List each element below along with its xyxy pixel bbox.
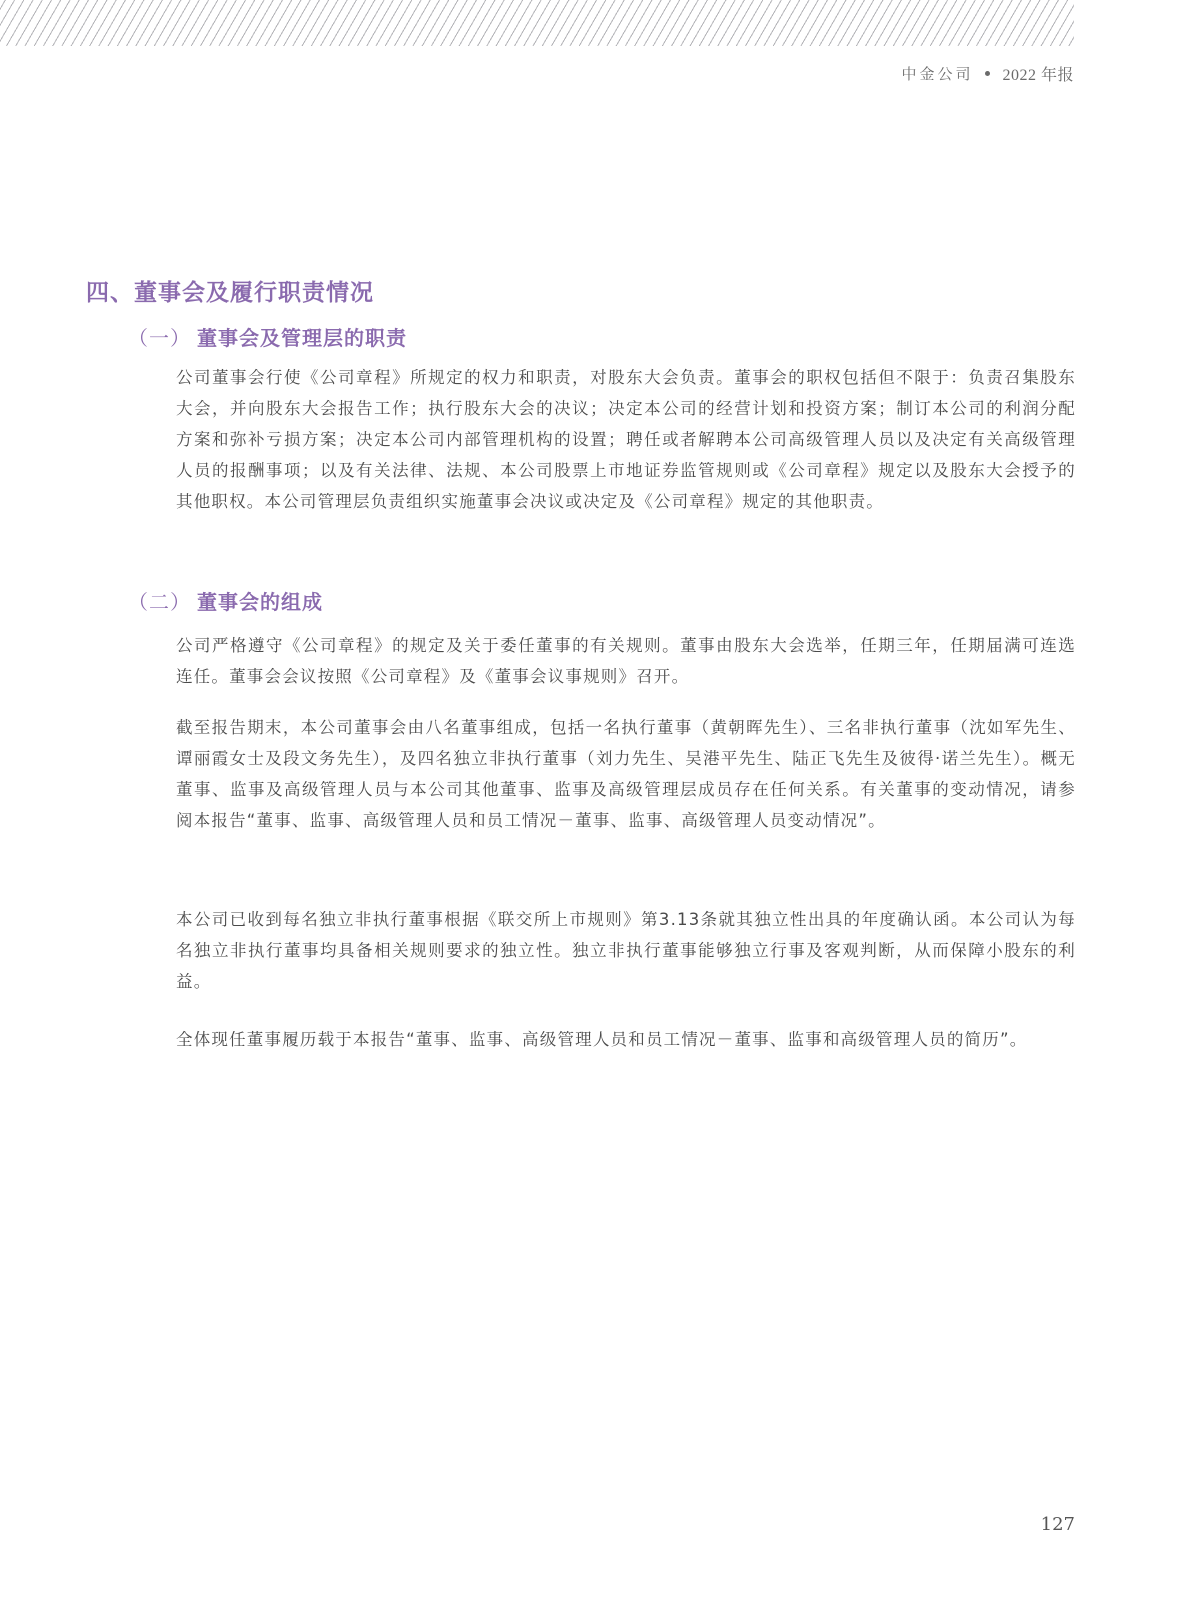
running-header: 中金公司 2022 年报 bbox=[901, 62, 1074, 85]
section-title: 四、董事会及履行职责情况 bbox=[86, 274, 374, 307]
subsection-title-board-composition: （二）董事会的组成 bbox=[128, 586, 323, 615]
paragraph-board-duties: 公司董事会行使《公司章程》所规定的权力和职责，对股东大会负责。董事会的职权包括但… bbox=[176, 362, 1076, 517]
subsection-heading-text: 董事会的组成 bbox=[197, 590, 323, 614]
subsection-heading-text: 董事会及管理层的职责 bbox=[197, 326, 407, 350]
decorative-hatch-band bbox=[0, 0, 1074, 46]
paragraph-appointment-rules: 公司严格遵守《公司章程》的规定及关于委任董事的有关规则。董事由股东大会选举，任期… bbox=[176, 630, 1076, 692]
paragraph-director-biographies: 全体现任董事履历载于本报告“董事、监事、高级管理人员和员工情况－董事、监事和高级… bbox=[176, 1024, 1076, 1055]
bullet-separator-icon bbox=[985, 71, 990, 76]
subsection-number: （一） bbox=[128, 326, 191, 350]
paragraph-board-members: 截至报告期末，本公司董事会由八名董事组成，包括一名执行董事（黄朝晖先生）、三名非… bbox=[176, 712, 1076, 836]
subsection-title-board-duties: （一）董事会及管理层的职责 bbox=[128, 322, 407, 351]
header-company-name: 中金公司 bbox=[901, 63, 973, 84]
page-number: 127 bbox=[1041, 1514, 1075, 1535]
header-report-title: 2022 年报 bbox=[1002, 62, 1074, 85]
paragraph-independence: 本公司已收到每名独立非执行董事根据《联交所上市规则》第3.13条就其独立性出具的… bbox=[176, 904, 1076, 997]
subsection-number: （二） bbox=[128, 590, 191, 614]
